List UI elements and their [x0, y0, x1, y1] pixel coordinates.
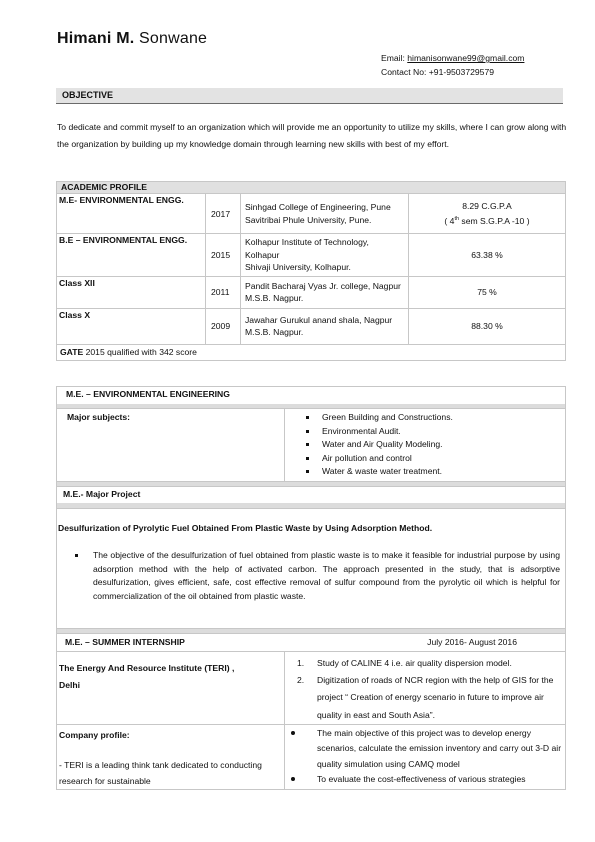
profile-cell: Company profile: - TERI is a leading thi… [57, 724, 285, 789]
institute-line: Sinhgad College of Engineering, Pune [245, 201, 404, 214]
internship-heading: M.E. – SUMMER INTERNSHIPJuly 2016- Augus… [57, 633, 566, 651]
project-heading: M.E.- Major Project [57, 486, 566, 503]
year: 2011 [206, 276, 241, 308]
me-table: M.E. – ENVIRONMENTAL ENGINEERING Major s… [56, 386, 566, 790]
institute-line: M.S.B. Nagpur. [245, 292, 404, 305]
list-item: 2.Digitization of roads of NCR region wi… [297, 672, 560, 724]
year: 2017 [206, 194, 241, 234]
list-item: Green Building and Constructions. [305, 411, 565, 425]
internship-title: M.E. – SUMMER INTERNSHIP [65, 637, 185, 647]
me-heading: M.E. – ENVIRONMENTAL ENGINEERING [57, 387, 566, 404]
score: 63.38 % [409, 234, 566, 277]
project-cell: Desulfurization of Pyrolytic Fuel Obtain… [57, 508, 566, 628]
institute: Sinhgad College of Engineering, PuneSavi… [241, 194, 409, 234]
org-name: The Energy And Resource Institute (TERI)… [59, 663, 234, 673]
task-text: Study of CALINE 4 i.e. air quality dispe… [317, 658, 512, 668]
email-line: Email: himanisonwane99@gmail.com [381, 51, 524, 65]
table-row: B.E – ENVIRONMENTAL ENGG. 2015 Kolhapur … [57, 234, 566, 277]
institute-line: Shivaji University, Kolhapur. [245, 261, 404, 274]
score: 88.30 % [409, 308, 566, 344]
academic-heading: ACADEMIC PROFILE [57, 182, 566, 194]
list-item: Water & waste water treatment. [305, 465, 565, 479]
task-number: 2. [297, 672, 304, 689]
institute: Jawahar Gurukul anand shala, NagpurM.S.B… [241, 308, 409, 344]
institute-line: M.S.B. Nagpur. [245, 326, 404, 339]
list-item: Air pollution and control [305, 452, 565, 466]
subjects-cell: Green Building and Constructions. Enviro… [285, 409, 566, 482]
score-note-pre: ( 4 [444, 216, 454, 226]
table-row: Class X 2009 Jawahar Gurukul anand shala… [57, 308, 566, 344]
subjects-list: Green Building and Constructions. Enviro… [305, 411, 565, 479]
name-first: Himani M. [57, 30, 134, 47]
profile-text: - TERI is a leading think tank dedicated… [59, 757, 282, 789]
name-last: Sonwane [134, 30, 207, 47]
list-item: The main objective of this project was t… [285, 726, 562, 772]
score-value: 8.29 C.G.P.A [409, 200, 565, 213]
year: 2015 [206, 234, 241, 277]
profile-label: Company profile: [59, 727, 282, 743]
degree: Class X [57, 308, 206, 344]
gate-text: GATE 2015 qualified with 342 score [57, 344, 566, 360]
degree: Class XII [57, 276, 206, 308]
project-title: Desulfurization of Pyrolytic Fuel Obtain… [57, 523, 565, 533]
subjects-label: Major subjects: [57, 409, 285, 482]
contact-block: Email: himanisonwane99@gmail.com Contact… [381, 51, 524, 79]
gate-row: GATE 2015 qualified with 342 score [57, 344, 566, 360]
score: 8.29 C.G.P.A( 4th sem S.G.P.A -10 ) [409, 194, 566, 234]
institute: Kolhapur Institute of Technology,Kolhapu… [241, 234, 409, 277]
institute-line: Savitribai Phule University, Pune. [245, 214, 404, 227]
tasks-cell: 1.Study of CALINE 4 i.e. air quality dis… [285, 651, 566, 724]
project-description: The objective of the desulfurization of … [93, 549, 560, 603]
institute: Pandit Bacharaj Vyas Jr. college, Nagpur… [241, 276, 409, 308]
objective-text: To dedicate and commit myself to an orga… [57, 119, 567, 152]
degree: M.E- ENVIRONMENTAL ENGG. [57, 194, 206, 234]
score: 75 % [409, 276, 566, 308]
academic-table: ACADEMIC PROFILE M.E- ENVIRONMENTAL ENGG… [56, 181, 566, 361]
organization-name: The Energy And Resource Institute (TERI)… [59, 660, 282, 694]
candidate-name: Himani M. Sonwane [57, 30, 207, 48]
organization-cell: The Energy And Resource Institute (TERI)… [57, 651, 285, 724]
email-label: Email: [381, 53, 407, 63]
list-item: Water and Air Quality Modeling. [305, 438, 565, 452]
list-item: Environmental Audit. [305, 425, 565, 439]
internship-dates: July 2016- August 2016 [427, 637, 517, 647]
tasks-list: 1.Study of CALINE 4 i.e. air quality dis… [297, 655, 560, 724]
objectives-cell: The main objective of this project was t… [285, 724, 566, 789]
list-item: 1.Study of CALINE 4 i.e. air quality dis… [297, 655, 560, 672]
institute-line: Pandit Bacharaj Vyas Jr. college, Nagpur [245, 280, 404, 293]
score-note-post: sem S.G.P.A -10 ) [459, 216, 530, 226]
degree: B.E – ENVIRONMENTAL ENGG. [57, 234, 206, 277]
email-link[interactable]: himanisonwane99@gmail.com [407, 53, 524, 63]
objective-heading: OBJECTIVE [56, 88, 563, 104]
list-item: To evaluate the cost-effectiveness of va… [285, 772, 562, 787]
org-city: Delhi [59, 680, 80, 690]
gate-detail: 2015 qualified with 342 score [83, 347, 197, 357]
objectives-list: The main objective of this project was t… [285, 726, 562, 788]
institute-line: Kolhapur Institute of Technology, [245, 236, 404, 249]
table-row: M.E- ENVIRONMENTAL ENGG. 2017 Sinhgad Co… [57, 194, 566, 234]
task-number: 1. [297, 655, 304, 672]
institute-line: Kolhapur [245, 249, 404, 262]
gate-label: GATE [60, 347, 83, 357]
task-text: Digitization of roads of NCR region with… [317, 675, 553, 719]
year: 2009 [206, 308, 241, 344]
institute-line: Jawahar Gurukul anand shala, Nagpur [245, 314, 404, 327]
phone-line: Contact No: +91-9503729579 [381, 65, 524, 79]
score-note: ( 4th sem S.G.P.A -10 ) [409, 213, 565, 228]
table-row: Class XII 2011 Pandit Bacharaj Vyas Jr. … [57, 276, 566, 308]
